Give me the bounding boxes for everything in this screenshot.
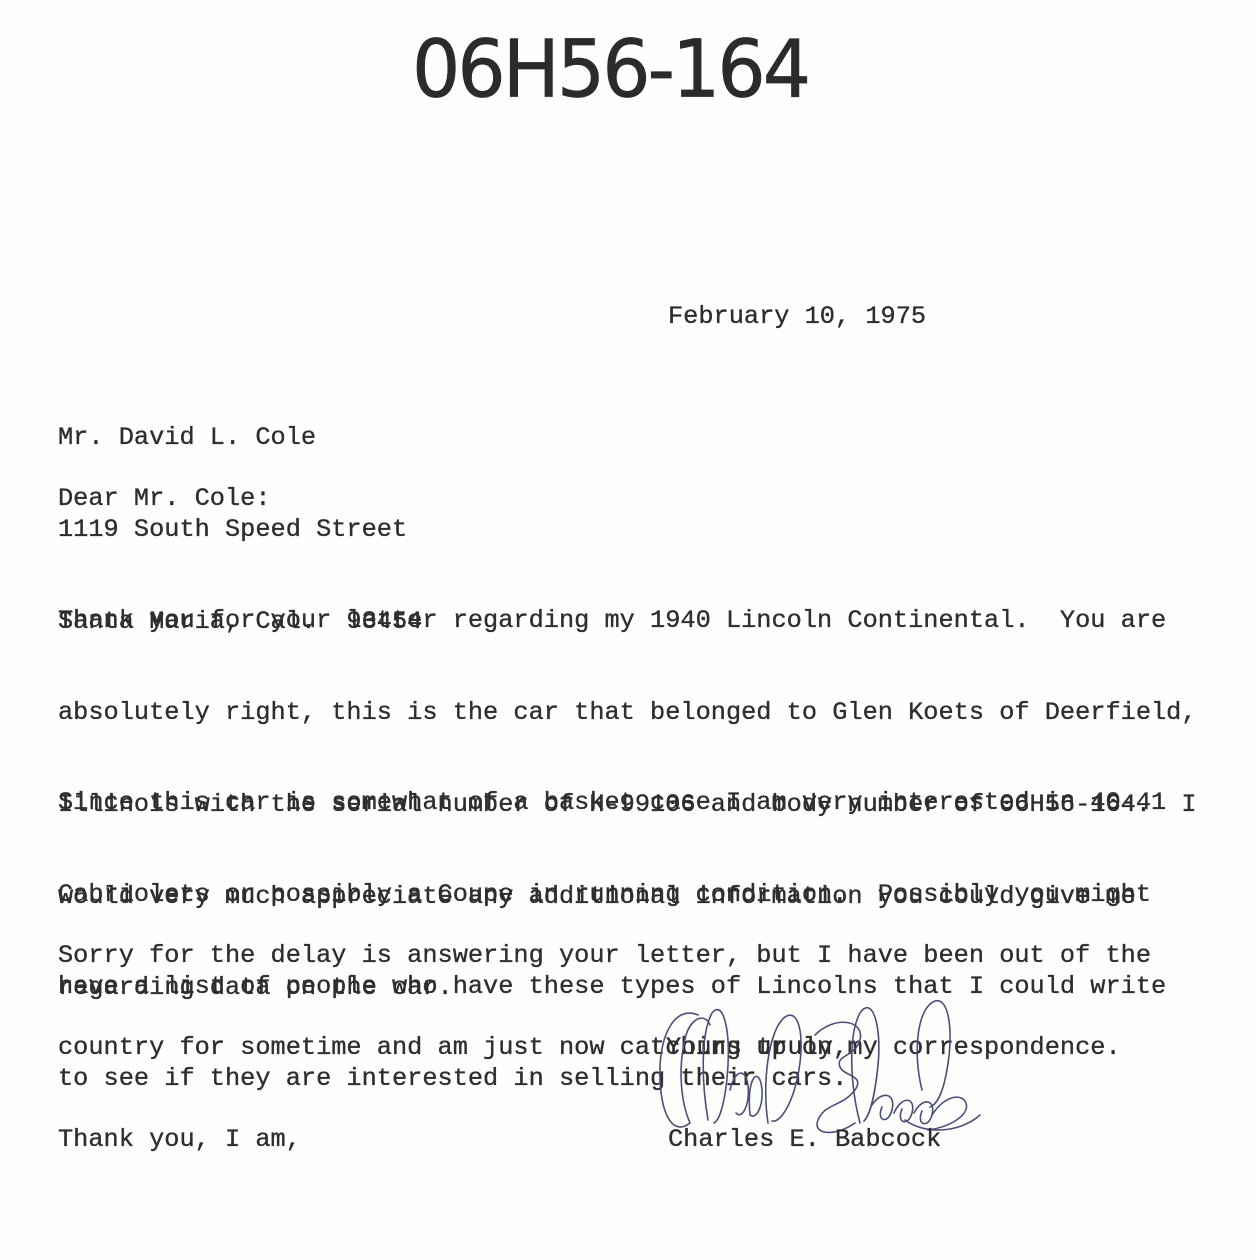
signer-name: Charles E. Babcock <box>668 1125 941 1156</box>
letter-page: 06H56-164 February 10, 1975 Mr. David L.… <box>0 0 1256 1260</box>
paragraph-3: Sorry for the delay is answering your le… <box>58 880 1151 1217</box>
letter-date: February 10, 1975 <box>668 302 926 333</box>
paragraph-line: absolutely right, this is the car that b… <box>58 698 1197 729</box>
recipient-street: 1119 South Speed Street <box>58 515 422 546</box>
paragraph-line: country for sometime and am just now cat… <box>58 1033 1151 1064</box>
paragraph-line: Sorry for the delay is answering your le… <box>58 941 1151 972</box>
recipient-name: Mr. David L. Cole <box>58 423 422 454</box>
salutation: Dear Mr. Cole: <box>58 484 271 515</box>
paragraph-line: Thank you, I am, <box>58 1125 1151 1156</box>
paragraph-line: Thank you for your letter regarding my 1… <box>58 606 1197 637</box>
closing: Yours truly, <box>666 1033 848 1064</box>
handwritten-body-number: 06H56-164 <box>412 22 808 115</box>
paragraph-line: Since this car is somewhat of a basket c… <box>58 788 1166 819</box>
